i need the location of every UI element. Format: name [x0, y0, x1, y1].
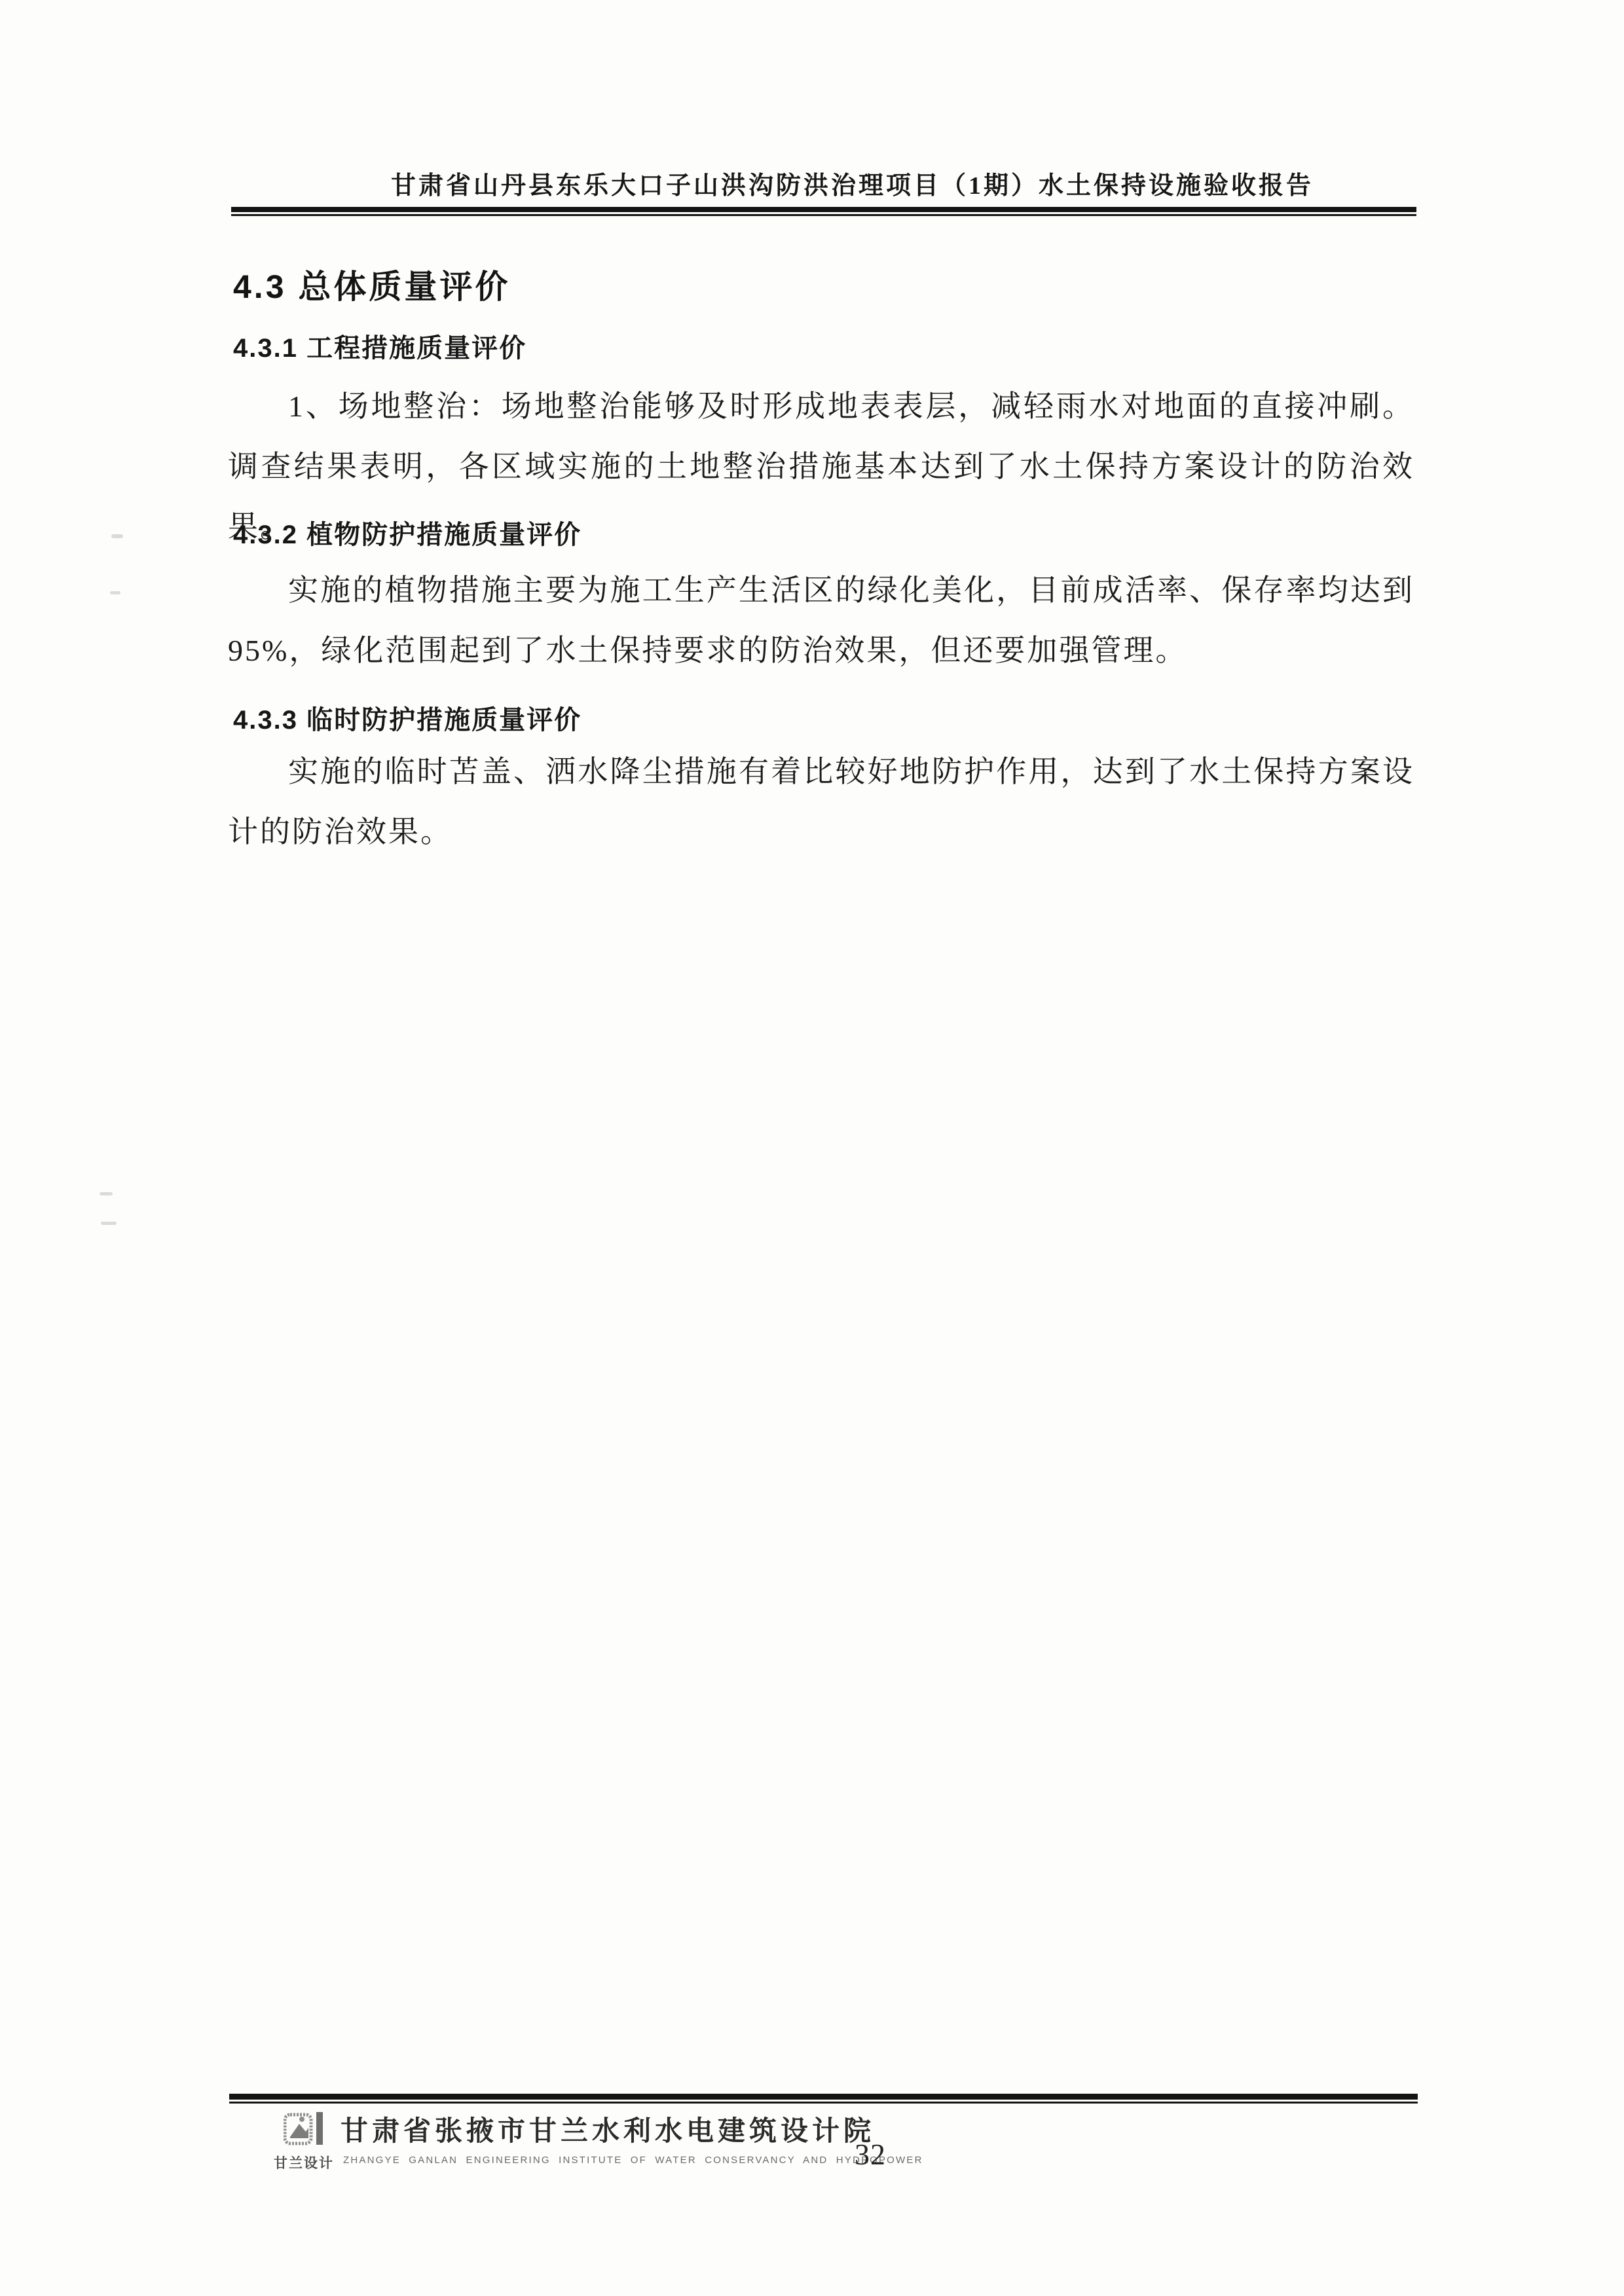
company-logo-icon [284, 2112, 325, 2146]
footer-rule-thick-line [229, 2094, 1418, 2100]
logo-caption: 甘兰设计 [267, 2153, 341, 2172]
subsection-heading-431: 4.3.1 工程措施质量评价 [233, 327, 526, 365]
scan-artifact [101, 1222, 117, 1225]
scan-artifact [110, 591, 120, 594]
subsection-heading-432: 4.3.2 植物防护措施质量评价 [233, 514, 581, 551]
header-rule-thin-line [231, 214, 1416, 216]
footer-company-name: 甘肃省张掖市甘兰水利水电建筑设计院 [341, 2109, 875, 2149]
scan-artifact [111, 534, 123, 538]
paragraph-432: 实施的植物措施主要为施工生产生活区的绿化美化，目前成活率、保存率均达到95%，绿… [228, 560, 1414, 681]
footer-rule-thin-line [229, 2102, 1418, 2104]
footer-company-name-english: ZHANGYE GANLAN ENGINEERING INSTITUTE OF … [343, 2155, 923, 2166]
document-page: 甘肃省山丹县东乐大口子山洪沟防洪治理项目（1期）水土保持设施验收报告 4.3 总… [0, 0, 1624, 2296]
header-rule [231, 207, 1416, 216]
paragraph-433: 实施的临时苫盖、洒水降尘措施有着比较好地防护作用，达到了水土保持方案设计的防治效… [228, 742, 1414, 862]
header-rule-thick-line [231, 207, 1416, 212]
running-header-title: 甘肃省山丹县东乐大口子山洪沟防洪治理项目（1期）水土保持设施验收报告 [391, 165, 1314, 201]
page-number: 32 [855, 2137, 886, 2172]
subsection-heading-433: 4.3.3 临时防护措施质量评价 [233, 699, 581, 737]
chapter-heading: 4.3 总体质量评价 [233, 261, 510, 308]
scan-artifact [100, 1192, 113, 1195]
footer-rule [229, 2094, 1418, 2104]
